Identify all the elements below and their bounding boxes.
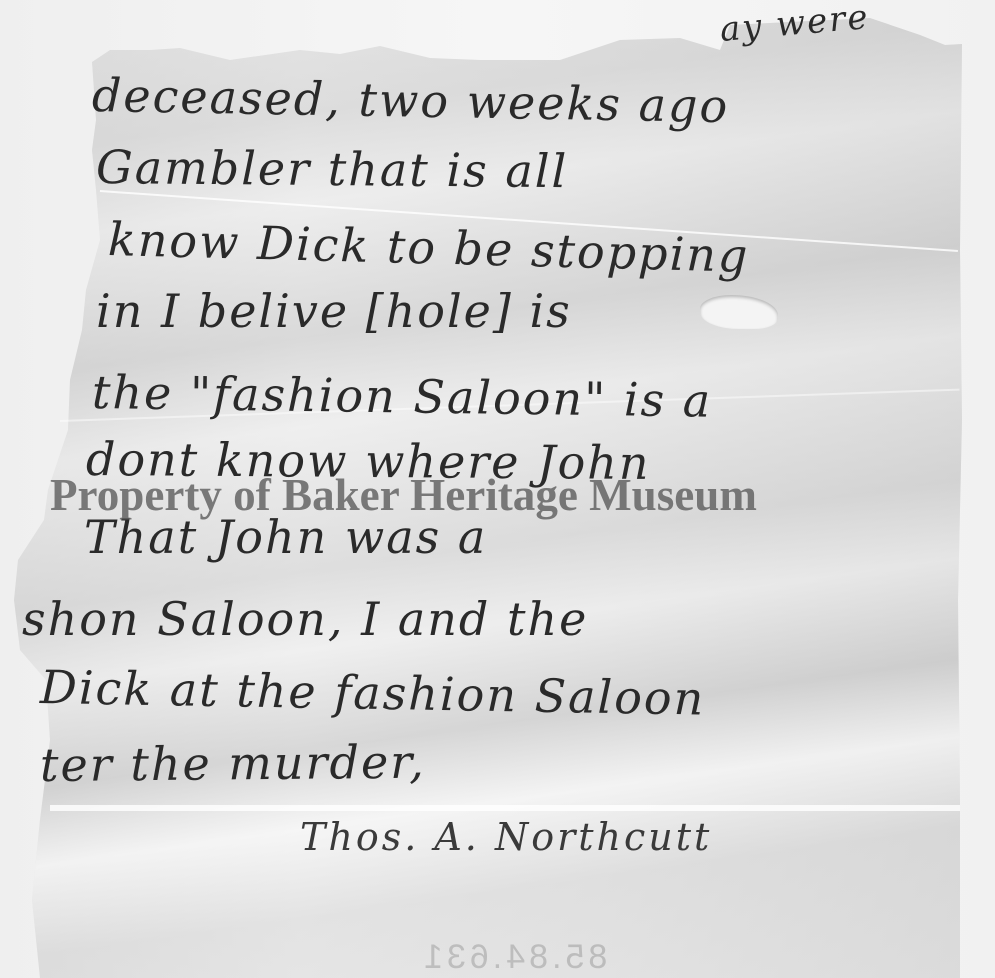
handwritten-line: shon Saloon, I and the (22, 592, 588, 646)
handwritten-line: deceased, two weeks ago (92, 68, 730, 133)
signature: Thos. A. Northcutt (300, 815, 712, 859)
catalog-number-bleedthrough: 85.84.631 (420, 938, 607, 977)
paper-crease (50, 805, 960, 811)
museum-watermark: Property of Baker Heritage Museum (50, 468, 932, 521)
handwritten-line: ter the murder, (40, 735, 426, 792)
handwritten-line: the "fashion Saloon" is a (92, 365, 713, 428)
handwritten-line: in I belive [hole] is (96, 284, 572, 338)
handwritten-line: Gambler that is all (96, 140, 569, 198)
